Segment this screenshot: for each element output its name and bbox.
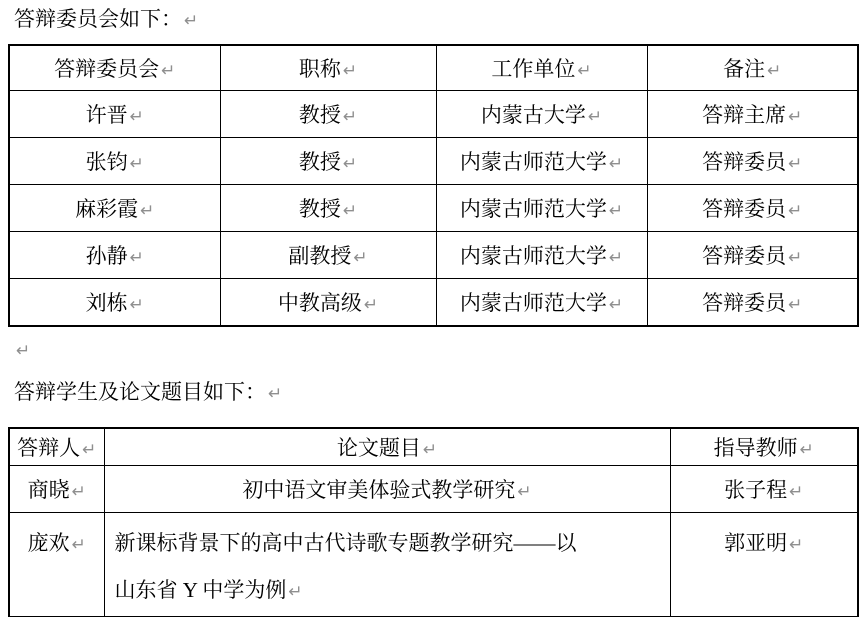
header-text: 职称 (299, 57, 341, 81)
member-note-cell: 答辩委员↵ (647, 279, 858, 327)
committee-heading: 答辩委员会如下：↵ (14, 5, 198, 35)
header-text: 答辩人 (17, 436, 80, 460)
return-mark-icon: ↵ (421, 440, 437, 460)
return-mark-icon: ↵ (786, 154, 802, 174)
return-mark-icon: ↵ (341, 107, 357, 127)
return-mark-icon: ↵ (70, 482, 86, 502)
committee-row: 张钧↵ 教授↵ 内蒙古师范大学↵ 答辩委员↵ (9, 138, 858, 185)
committee-table: 答辩委员会↵ 职称↵ 工作单位↵ 备注↵ 许晋↵ 教授↵ 内蒙古大学↵ 答辩主席… (8, 44, 859, 327)
member-name-cell: 麻彩霞↵ (9, 185, 220, 232)
return-mark-icon: ↵ (787, 535, 803, 555)
return-mark-icon: ↵ (286, 582, 302, 602)
cell-text: 内蒙古师范大学 (460, 150, 607, 174)
thesis-title-cell: 新课标背景下的高中古代诗歌专题教学研究——以 山东省 Y 中学为例↵ (104, 513, 670, 617)
member-note-cell: 答辩委员↵ (647, 185, 858, 232)
member-workplace-cell: 内蒙古师范大学↵ (436, 185, 647, 232)
return-mark-icon: ↵ (786, 201, 802, 221)
member-note-cell: 答辩委员↵ (647, 232, 858, 279)
return-mark-icon: ↵ (607, 295, 623, 315)
return-mark-icon: ↵ (341, 201, 357, 221)
advisor-cell: 郭亚明↵ (670, 513, 858, 617)
member-note-cell: 答辩主席↵ (647, 91, 858, 138)
cell-text: 内蒙古大学 (481, 103, 586, 127)
thesis-title-line: 新课标背景下的高中古代诗歌专题教学研究——以 (115, 520, 664, 567)
thesis-header-cell: 指导教师↵ (670, 428, 858, 466)
empty-paragraph: ↵ (14, 337, 30, 363)
member-title-cell: 中教高级↵ (220, 279, 436, 327)
committee-row: 许晋↵ 教授↵ 内蒙古大学↵ 答辩主席↵ (9, 91, 858, 138)
committee-row: 孙静↵ 副教授↵ 内蒙古师范大学↵ 答辩委员↵ (9, 232, 858, 279)
member-title-cell: 副教授↵ (220, 232, 436, 279)
thesis-row: 庞欢↵ 新课标背景下的高中古代诗歌专题教学研究——以 山东省 Y 中学为例↵ 郭… (9, 513, 858, 617)
cell-text: 庞欢 (28, 531, 70, 555)
cell-text: 张子程 (724, 478, 787, 502)
cell-text: 刘栋 (86, 291, 128, 315)
member-name-cell: 孙静↵ (9, 232, 220, 279)
header-text: 论文题目 (337, 436, 421, 460)
cell-text: 商晓 (28, 478, 70, 502)
return-mark-icon: ↵ (80, 440, 96, 460)
committee-row: 刘栋↵ 中教高级↵ 内蒙古师范大学↵ 答辩委员↵ (9, 279, 858, 327)
return-mark-icon: ↵ (787, 482, 803, 502)
cell-text: 答辩委员 (702, 150, 786, 174)
member-name-cell: 张钧↵ (9, 138, 220, 185)
cell-text: 内蒙古师范大学 (460, 197, 607, 221)
document-page: 答辩委员会如下：↵ 答辩委员会↵ 职称↵ 工作单位↵ 备注↵ 许晋↵ 教授↵ 内… (0, 0, 866, 617)
member-title-cell: 教授↵ (220, 185, 436, 232)
committee-header-cell: 职称↵ (220, 45, 436, 91)
cell-text: 答辩委员 (702, 291, 786, 315)
return-mark-icon: ↵ (575, 61, 591, 81)
return-mark-icon: ↵ (607, 154, 623, 174)
cell-text: 张钧 (86, 150, 128, 174)
return-mark-icon: ↵ (182, 11, 198, 31)
cell-text: 内蒙古师范大学 (460, 244, 607, 268)
cell-text: 麻彩霞 (75, 197, 138, 221)
students-heading: 答辩学生及论文题目如下：↵ (14, 378, 282, 408)
member-name-cell: 刘栋↵ (9, 279, 220, 327)
defender-cell: 庞欢↵ (9, 513, 104, 617)
thesis-title-cell: 初中语文审美体验式教学研究↵ (104, 466, 670, 513)
cell-text: 中教高级 (278, 291, 362, 315)
cell-text: 郭亚明 (724, 531, 787, 555)
member-workplace-cell: 内蒙古大学↵ (436, 91, 647, 138)
return-mark-icon: ↵ (128, 248, 144, 268)
return-mark-icon: ↵ (786, 107, 802, 127)
return-mark-icon: ↵ (607, 201, 623, 221)
cell-text: 答辩委员 (702, 197, 786, 221)
cell-text: 教授 (299, 150, 341, 174)
return-mark-icon: ↵ (765, 61, 781, 81)
thesis-header-cell: 论文题目↵ (104, 428, 670, 466)
return-mark-icon: ↵ (266, 384, 282, 404)
cell-text: 孙静 (86, 244, 128, 268)
committee-header-cell: 工作单位↵ (436, 45, 647, 91)
return-mark-icon: ↵ (351, 248, 367, 268)
member-name-cell: 许晋↵ (9, 91, 220, 138)
cell-text: 教授 (299, 103, 341, 127)
return-mark-icon: ↵ (138, 201, 154, 221)
member-title-cell: 教授↵ (220, 138, 436, 185)
committee-header-cell: 答辩委员会↵ (9, 45, 220, 91)
thesis-table: 答辩人↵ 论文题目↵ 指导教师↵ 商晓↵ 初中语文审美体验式教学研究↵ 张子程↵… (8, 427, 859, 617)
member-note-cell: 答辩委员↵ (647, 138, 858, 185)
return-mark-icon: ↵ (341, 154, 357, 174)
cell-text: 许晋 (86, 103, 128, 127)
header-text: 备注 (723, 57, 765, 81)
return-mark-icon: ↵ (128, 154, 144, 174)
return-mark-icon: ↵ (586, 107, 602, 127)
header-text: 工作单位 (491, 57, 575, 81)
return-mark-icon: ↵ (362, 295, 378, 315)
cell-text: 副教授 (288, 244, 351, 268)
cell-text: 初中语文审美体验式教学研究 (242, 478, 515, 502)
return-mark-icon: ↵ (341, 61, 357, 81)
committee-heading-text: 答辩委员会如下： (14, 7, 182, 31)
member-title-cell: 教授↵ (220, 91, 436, 138)
return-mark-icon: ↵ (607, 248, 623, 268)
thesis-title-line: 山东省 Y 中学为例↵ (115, 567, 664, 616)
cell-text: 内蒙古师范大学 (460, 291, 607, 315)
member-workplace-cell: 内蒙古师范大学↵ (436, 279, 647, 327)
header-text: 答辩委员会 (54, 57, 159, 81)
return-mark-icon: ↵ (128, 295, 144, 315)
cell-text: 答辩委员 (702, 244, 786, 268)
return-mark-icon: ↵ (786, 248, 802, 268)
return-mark-icon: ↵ (70, 535, 86, 555)
thesis-row: 商晓↵ 初中语文审美体验式教学研究↵ 张子程↵ (9, 466, 858, 513)
cell-text: 教授 (299, 197, 341, 221)
return-mark-icon: ↵ (128, 107, 144, 127)
cell-text: 山东省 Y 中学为例 (115, 578, 287, 602)
return-mark-icon: ↵ (515, 482, 531, 502)
member-workplace-cell: 内蒙古师范大学↵ (436, 232, 647, 279)
thesis-header-row: 答辩人↵ 论文题目↵ 指导教师↵ (9, 428, 858, 466)
return-mark-icon: ↵ (798, 440, 814, 460)
defender-cell: 商晓↵ (9, 466, 104, 513)
committee-row: 麻彩霞↵ 教授↵ 内蒙古师范大学↵ 答辩委员↵ (9, 185, 858, 232)
committee-header-row: 答辩委员会↵ 职称↵ 工作单位↵ 备注↵ (9, 45, 858, 91)
students-heading-text: 答辩学生及论文题目如下： (14, 380, 266, 404)
cell-text: 答辩主席 (702, 103, 786, 127)
advisor-cell: 张子程↵ (670, 466, 858, 513)
header-text: 指导教师 (714, 436, 798, 460)
member-workplace-cell: 内蒙古师范大学↵ (436, 138, 647, 185)
return-mark-icon: ↵ (786, 295, 802, 315)
return-mark-icon: ↵ (159, 61, 175, 81)
thesis-header-cell: 答辩人↵ (9, 428, 104, 466)
return-mark-icon: ↵ (14, 341, 30, 361)
committee-header-cell: 备注↵ (647, 45, 858, 91)
